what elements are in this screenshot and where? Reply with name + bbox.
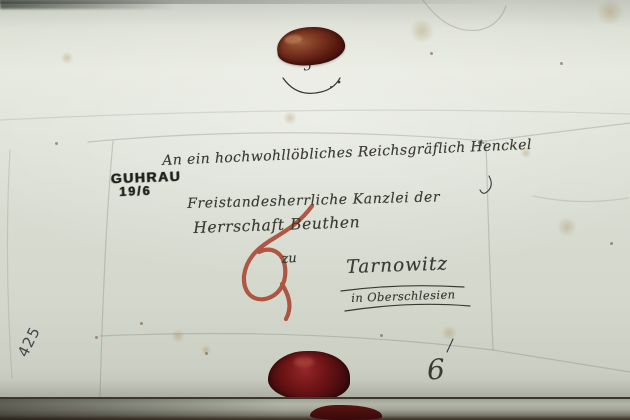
letter-photo: GUHRAU 19/6 An ein hochwohllöbliches Rei… [0,0,630,420]
seal-highlight [284,34,303,45]
paraph-flourish [283,78,340,93]
address-destination: Tarnowitz [346,253,448,278]
henckel-tail-flourish [480,176,491,193]
underline-oberschlesien [345,304,470,311]
postmark-date: 19/6 [119,184,182,199]
ink-dot [338,81,341,84]
rate-mark-5-tail [282,284,289,319]
fold-crease [7,150,12,378]
postmark-guhrau: GUHRAU 19/6 [111,169,182,199]
address-line-4-prefix: zu [281,251,297,267]
fold-crease [88,123,630,142]
ink-dot [330,86,332,88]
fold-crease [100,333,630,372]
bottom-number: 6 [426,353,446,387]
fold-crease [423,0,506,30]
seal-highlight [294,357,314,367]
postmark-town: GUHRAU [111,169,182,185]
fold-edge-shadow [0,399,284,420]
fold-crease [0,110,630,120]
fold-crease [486,141,493,350]
wax-seal-bottom [268,351,350,401]
fold-crease [533,196,628,202]
corner-cross-mark: + [477,138,485,149]
